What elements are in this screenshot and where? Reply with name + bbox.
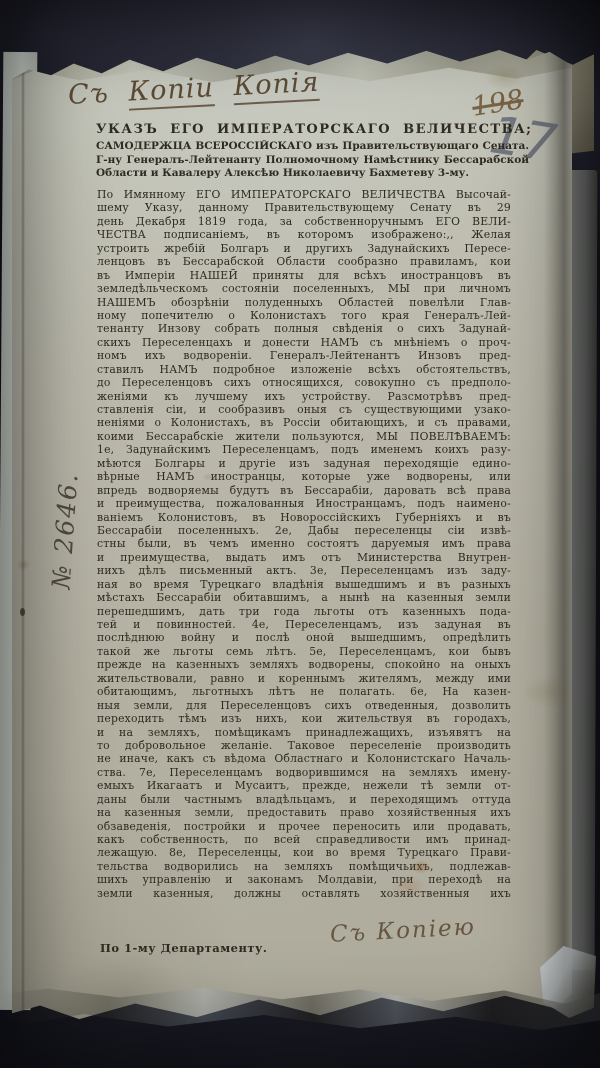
decree-subtitle: САМОДЕРЖЦА ВСЕРОССІЙСКАГО изъ Правительс… [96,140,529,181]
page-fold-line [21,48,25,1023]
body-text-line: то добровольное желаніе. Таковое пересел… [97,739,511,752]
body-text-line: неніями о Колонистахъ, въ Россіи обитающ… [97,416,511,429]
body-text-line: день Декабря 1819 года, за собственноруч… [97,215,511,228]
body-text-line: ная во время Турецкаго владѣнія вышедшим… [97,578,511,591]
body-text-line: стны были, въ чемъ именно состоятъ даруе… [97,537,511,550]
body-text-line: обзаведенія, постройки и прочее переноси… [97,820,511,833]
body-text-line: и преимущества, пожалованныя Иностранцам… [97,497,511,510]
body-text-line: ваніемъ Колонистовъ, въ Новороссійскихъ … [97,511,511,524]
body-text-line: мѣстахъ Бессарабіи обитавшимъ, а нынѣ на… [97,591,511,604]
top-note-word-1: Съ [67,78,109,111]
bottom-handwritten-signature: Съ Копіею [329,910,550,947]
body-text-line: коими Бессарабскіе жители пользуются, МЫ… [97,430,511,443]
body-text-line: 1е, Задунайскимъ Переселенцамъ, подъ име… [97,443,511,456]
body-text-line: такой же льготы семь лѣтъ. 5е, Переселен… [97,645,511,658]
page-right-crease [544,48,572,1023]
decree-page: Съ Копіи Копія 198 17 № 2646. УКАЗЪ ЕГО … [12,48,572,1023]
body-text-line: послѣднюю войну и послѣ оной вышедшимъ, … [97,631,511,644]
body-text-line: земледѣльческомъ состояніи поселенныхъ, … [97,282,511,295]
body-text-line: лежащую. 8е, Переселенцы, кои во время Т… [97,846,511,859]
body-text-line: впредь водворяемы будутъ въ Бессарабіи, … [97,484,511,497]
decree-header: УКАЗЪ ЕГО ИМПЕРАТОРСКАГО ВЕЛИЧЕСТВА; САМ… [96,122,529,181]
body-text-line: устроить жребій Болгаръ и другихъ Задуна… [97,242,511,255]
body-text-line: скихъ Переселенцахъ и донести НАМЪ съ мн… [97,336,511,349]
decree-body-text: По Имянному ЕГО ИМПЕРАТОРСКАГО ВЕЛИЧЕСТВ… [97,188,511,900]
body-text-line: ныя земли, для Переселенцовъ сихъ отведе… [97,699,511,712]
body-text-line: нихъ дѣлъ письменный актъ. 3е, Переселен… [97,564,511,577]
body-text-line: обитающимъ, льготныхъ лѣтъ не полагать. … [97,685,511,698]
subtitle-line: САМОДЕРЖЦА ВСЕРОССІЙСКАГО изъ Правительс… [96,140,529,154]
body-text-line: жительствовали, равно и кореннымъ жителя… [97,672,511,685]
body-text-line: на казенныя земли, предоставить право хо… [97,806,511,819]
photo-of-archival-decree: Съ Копіи Копія 198 17 № 2646. УКАЗЪ ЕГО … [0,0,600,1068]
worm-hole [20,608,25,616]
body-text-line: мѣются Болгары и другіе изъ задуная пере… [97,457,511,470]
top-note-word-3: Копія [233,67,321,105]
body-text-line: ставленія сіи, и сообразивъ оныя съ суще… [97,403,511,416]
body-text-line: тенанту Инзову собрать полныя свѣденія о… [97,322,511,335]
subtitle-line: Г-ну Генералъ-Лейтенанту Полномочному На… [96,154,529,168]
body-text-line: ленцовъ въ Бессарабской Области сообразн… [97,255,511,268]
body-text-line: ставилъ НАМЪ подробное изложеніе всѣхъ о… [97,363,511,376]
body-text-line: По Имянному ЕГО ИМПЕРАТОРСКАГО ВЕЛИЧЕСТВ… [97,188,511,201]
body-text-line: вѣрные НАМЪ иностранцы, которые уже водв… [97,470,511,483]
body-text-line: какъ собственность, по всей справедливос… [97,833,511,846]
subtitle-line: Области и Кавалеру Алексѣю Николаевичу Б… [96,167,529,181]
body-text-line: даны были частнымъ владѣльцамъ, и перехо… [97,793,511,806]
body-text-line: тельства водворились на земляхъ помѣщичь… [97,860,511,873]
body-text-line: и на земляхъ, помѣщикамъ принадлежащихъ,… [97,726,511,739]
body-text-line: номъ ихъ водвореніи. Генералъ-Лейтенантъ… [97,349,511,362]
body-text-line: НАШЕМЪ обозрѣніи полуденныхъ Областей по… [97,296,511,309]
body-text-line: прежде на казенныхъ земляхъ водворены, с… [97,658,511,671]
body-text-line: въ Имперіи НАШЕЙ приняты для всѣхъ иност… [97,269,511,282]
body-text-line: ЧЕСТВА подписаніемъ, въ которомъ изображ… [97,228,511,241]
body-text-line: не иначе, какъ съ вѣдома Областнаго и Ко… [97,752,511,765]
body-text-line: и преимущества, выдать имъ отъ Министерс… [97,551,511,564]
body-text-line: емыхъ Икагаатъ и Мусаитъ, прежде, нежели… [97,779,511,792]
body-text-line: шему Указу, данному Правительствующему С… [97,201,511,214]
body-text-line: ства. 7е, Переселенцамъ водворившимся на… [97,766,511,779]
decree-title: УКАЗЪ ЕГО ИМПЕРАТОРСКАГО ВЕЛИЧЕСТВА; [96,122,529,137]
body-text-line: ному попечителю о Колонистахъ того края … [97,309,511,322]
body-text-line: шихъ управленію и законамъ Молдавіи, при… [97,873,511,886]
body-text-line: до Переселенцовъ сихъ относящихся, совок… [97,376,511,389]
body-text-line: перешедшимъ, дать три года льготы отъ ка… [97,605,511,618]
department-note: По 1-му Департаменту. [100,941,267,955]
body-text-line: тей и повинностей. 4е, Переселенцамъ, из… [97,618,511,631]
body-text-line: Бессарабіи поселенныхъ. 2е, Дабы пересел… [97,524,511,537]
body-text-line: женіями къ лучшему ихъ устройству. Разсм… [97,390,511,403]
margin-case-number: № 2646. [43,415,88,646]
body-text-line: земли казенныя, должны оставлять хозяйст… [97,887,511,900]
body-text-line: переходить тѣмъ изъ нихъ, кои жительству… [97,712,511,725]
top-note-word-2: Копіи [128,72,215,110]
